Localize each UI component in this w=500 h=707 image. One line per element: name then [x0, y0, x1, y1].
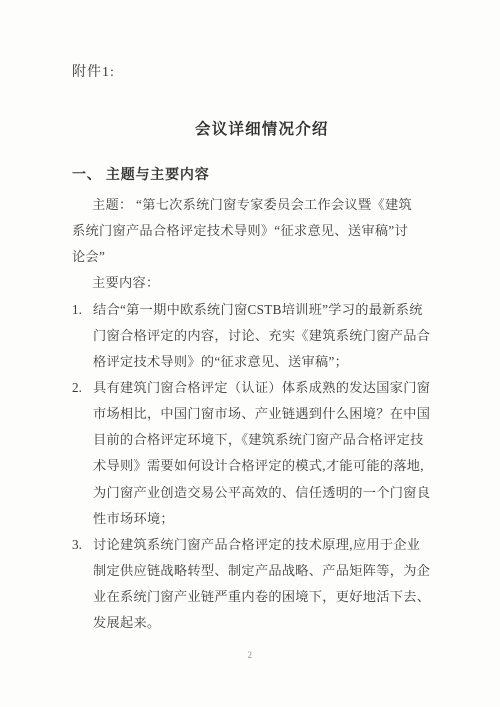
line-text: 论会” [72, 249, 105, 264]
line-text: 系统门窗产品合格评定技术导则》“征求意见、送审稿”讨 [72, 223, 408, 238]
attachment-label: 附件1: [72, 61, 115, 81]
document-title: 会议详细情况介绍 [195, 117, 329, 139]
text-line: 1.结合“第一期中欧系统门窗CSTB培训班”学习的最新系统 [72, 297, 452, 323]
text-line: 业在系统门窗产业链严重内卷的困境下，更好地活下去、 [72, 584, 452, 610]
line-text: 主要内容： [92, 275, 159, 290]
line-text: 发展起来。 [93, 615, 160, 630]
body-lines: 主题： “第七次系统门窗专家委员会工作会议暨《建筑系统门窗产品合格评定技术导则》… [72, 192, 452, 636]
line-text: 讨论建筑系统门窗产品合格评定的技术原理,应用于企业 [93, 537, 420, 552]
line-text: 具有建筑门窗合格评定（认证）体系成熟的发达国家门窗 [93, 380, 430, 395]
line-text: 目前的合格评定环境下，《建筑系统门窗产品合格评定技 [93, 432, 424, 447]
line-text: 格评定技术导则》的“征求意见、送审稿”； [93, 354, 348, 369]
text-line: 制定供应链战略转型、制定产品战略、产品矩阵等，为企 [72, 558, 452, 584]
list-marker: 1. [72, 297, 93, 323]
line-text: 性市场环境； [93, 511, 174, 526]
line-text: 结合“第一期中欧系统门窗CSTB培训班”学习的最新系统 [93, 302, 423, 317]
text-line: 术导则》需要如何设计合格评定的模式,才能可能的落地, [72, 453, 452, 479]
text-line: 系统门窗产品合格评定技术导则》“征求意见、送审稿”讨 [72, 218, 452, 244]
line-text: 为门窗产业创造交易公平高效的、信任透明的一个门窗良 [93, 485, 430, 500]
line-text: 主题： “第七次系统门窗专家委员会工作会议暨《建筑 [92, 197, 412, 212]
text-line: 门窗合格评定的内容，讨论、充实《建筑系统门窗产品合 [72, 323, 452, 349]
section-heading: 一、 主题与主要内容 [72, 164, 210, 184]
document-page: 附件1: 会议详细情况介绍 一、 主题与主要内容 主题： “第七次系统门窗专家委… [0, 0, 500, 707]
line-text: 市场相比，中国门窗市场、产业链遇到什么困境？在中国 [93, 406, 430, 421]
list-marker: 2. [72, 375, 93, 401]
text-line: 主要内容： [72, 270, 452, 296]
list-marker: 3. [72, 532, 93, 558]
text-line: 论会” [72, 244, 452, 270]
text-line: 3.讨论建筑系统门窗产品合格评定的技术原理,应用于企业 [72, 532, 452, 558]
line-text: 业在系统门窗产业链严重内卷的困境下，更好地活下去、 [93, 589, 430, 604]
text-line: 2.具有建筑门窗合格评定（认证）体系成熟的发达国家门窗 [72, 375, 452, 401]
line-text: 门窗合格评定的内容，讨论、充实《建筑系统门窗产品合 [93, 328, 430, 343]
text-line: 市场相比，中国门窗市场、产业链遇到什么困境？在中国 [72, 401, 452, 427]
line-text: 制定供应链战略转型、制定产品战略、产品矩阵等，为企 [93, 563, 430, 578]
page-number: 2 [0, 650, 500, 660]
text-line: 格评定技术导则》的“征求意见、送审稿”； [72, 349, 452, 375]
text-line: 主题： “第七次系统门窗专家委员会工作会议暨《建筑 [72, 192, 452, 218]
line-text: 术导则》需要如何设计合格评定的模式,才能可能的落地, [93, 458, 424, 473]
text-line: 目前的合格评定环境下，《建筑系统门窗产品合格评定技 [72, 427, 452, 453]
text-line: 发展起来。 [72, 610, 452, 636]
text-line: 性市场环境； [72, 506, 452, 532]
text-line: 为门窗产业创造交易公平高效的、信任透明的一个门窗良 [72, 480, 452, 506]
